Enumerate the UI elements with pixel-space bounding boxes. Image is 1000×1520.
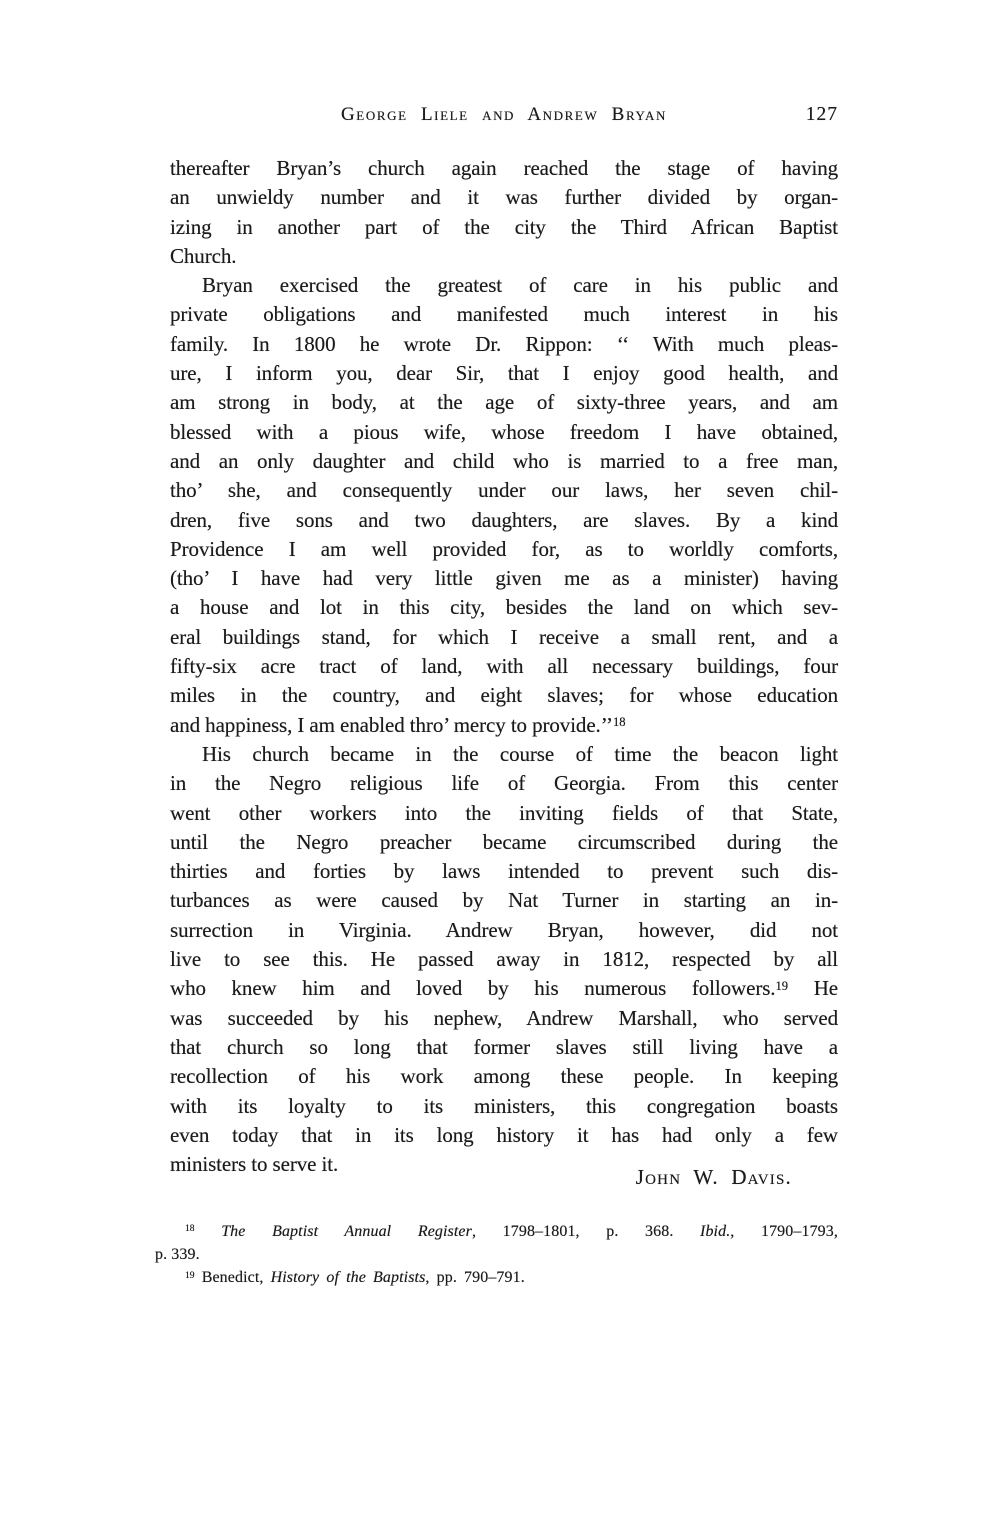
footnote-text: Benedict,	[195, 1269, 271, 1286]
text-line: a house and lot in this city, besides th…	[170, 593, 838, 622]
text-line: family. In 1800 he wrote Dr. Rippon: ‘‘ …	[170, 330, 838, 359]
text-line: thirties and forties by laws intended to…	[170, 857, 838, 886]
text-line: Providence I am well provided for, as to…	[170, 535, 838, 564]
text-line: who knew him and loved by his numerous f…	[170, 974, 838, 1003]
footnote-text: , 1790–1793,	[730, 1223, 838, 1240]
text-line: turbances as were caused by Nat Turner i…	[170, 886, 838, 915]
footnote-reference: 19	[775, 979, 788, 993]
text-line: Church.	[170, 242, 838, 271]
text-line: blessed with a pious wife, whose freedom…	[170, 418, 838, 447]
body-text: thereafter Bryan’s church again reached …	[170, 154, 838, 1179]
book-page: George Liele and Andrew Bryan 127 therea…	[0, 0, 1000, 1520]
text-line: ure, I inform you, dear Sir, that I enjo…	[170, 359, 838, 388]
footnote-line: p. 339.	[155, 1243, 838, 1266]
footnote-number: 18	[185, 1223, 195, 1234]
text-line: recollection of his work among these peo…	[170, 1062, 838, 1091]
footnote-line: 18 The Baptist Annual Register, 1798–180…	[155, 1220, 838, 1243]
text-line: private obligations and manifested much …	[170, 300, 838, 329]
footnote-text: , pp. 790–791.	[425, 1269, 524, 1286]
text-line: am strong in body, at the age of sixty-t…	[170, 388, 838, 417]
text-line: and an only daughter and child who is ma…	[170, 447, 838, 476]
text-line: His church became in the course of time …	[170, 740, 838, 769]
text-line: fifty-six acre tract of land, with all n…	[170, 652, 838, 681]
text-line: was succeeded by his nephew, Andrew Mars…	[170, 1004, 838, 1033]
text-line: miles in the country, and eight slaves; …	[170, 681, 838, 710]
chapter-title: George Liele and Andrew Bryan	[170, 104, 838, 126]
text-line: eral buildings stand, for which I receiv…	[170, 623, 838, 652]
footnote-text: p. 339.	[155, 1246, 200, 1263]
text-line: surrection in Virginia. Andrew Bryan, ho…	[170, 916, 838, 945]
text-line: thereafter Bryan’s church again reached …	[170, 154, 838, 183]
text-line: even today that in its long history it h…	[170, 1121, 838, 1150]
text-line: with its loyalty to its ministers, this …	[170, 1092, 838, 1121]
footnote-number: 19	[185, 1270, 195, 1281]
text-line: and happiness, I am enabled thro’ mercy …	[170, 711, 838, 740]
text-line: in the Negro religious life of Georgia. …	[170, 769, 838, 798]
footnote-line: 19 Benedict, History of the Baptists, pp…	[155, 1266, 838, 1289]
footnote-title: Ibid.	[700, 1223, 730, 1240]
text-line: dren, five sons and two daughters, are s…	[170, 506, 838, 535]
text-line: went other workers into the inviting fie…	[170, 799, 838, 828]
footnote-title: History of the Baptists	[271, 1269, 426, 1286]
footnotes: 18 The Baptist Annual Register, 1798–180…	[155, 1220, 838, 1290]
footnote-reference: 18	[613, 715, 626, 729]
text-line: an unwieldy number and it was further di…	[170, 183, 838, 212]
text-line: that church so long that former slaves s…	[170, 1033, 838, 1062]
text-line: Bryan exercised the greatest of care in …	[170, 271, 838, 300]
text-line: live to see this. He passed away in 1812…	[170, 945, 838, 974]
footnote-text: , 1798–1801, p. 368.	[472, 1223, 700, 1240]
footnote-title: The Baptist Annual Register	[221, 1223, 472, 1240]
text-line: izing in another part of the city the Th…	[170, 213, 838, 242]
text-line: tho’ she, and consequently under our law…	[170, 476, 838, 505]
footnote-text	[195, 1223, 222, 1240]
text-line: until the Negro preacher became circumsc…	[170, 828, 838, 857]
text-column: George Liele and Andrew Bryan 127 therea…	[170, 104, 838, 1289]
text-line: (tho’ I have had very little given me as…	[170, 564, 838, 593]
running-header: George Liele and Andrew Bryan 127	[170, 104, 838, 130]
page-number: 127	[806, 104, 838, 126]
